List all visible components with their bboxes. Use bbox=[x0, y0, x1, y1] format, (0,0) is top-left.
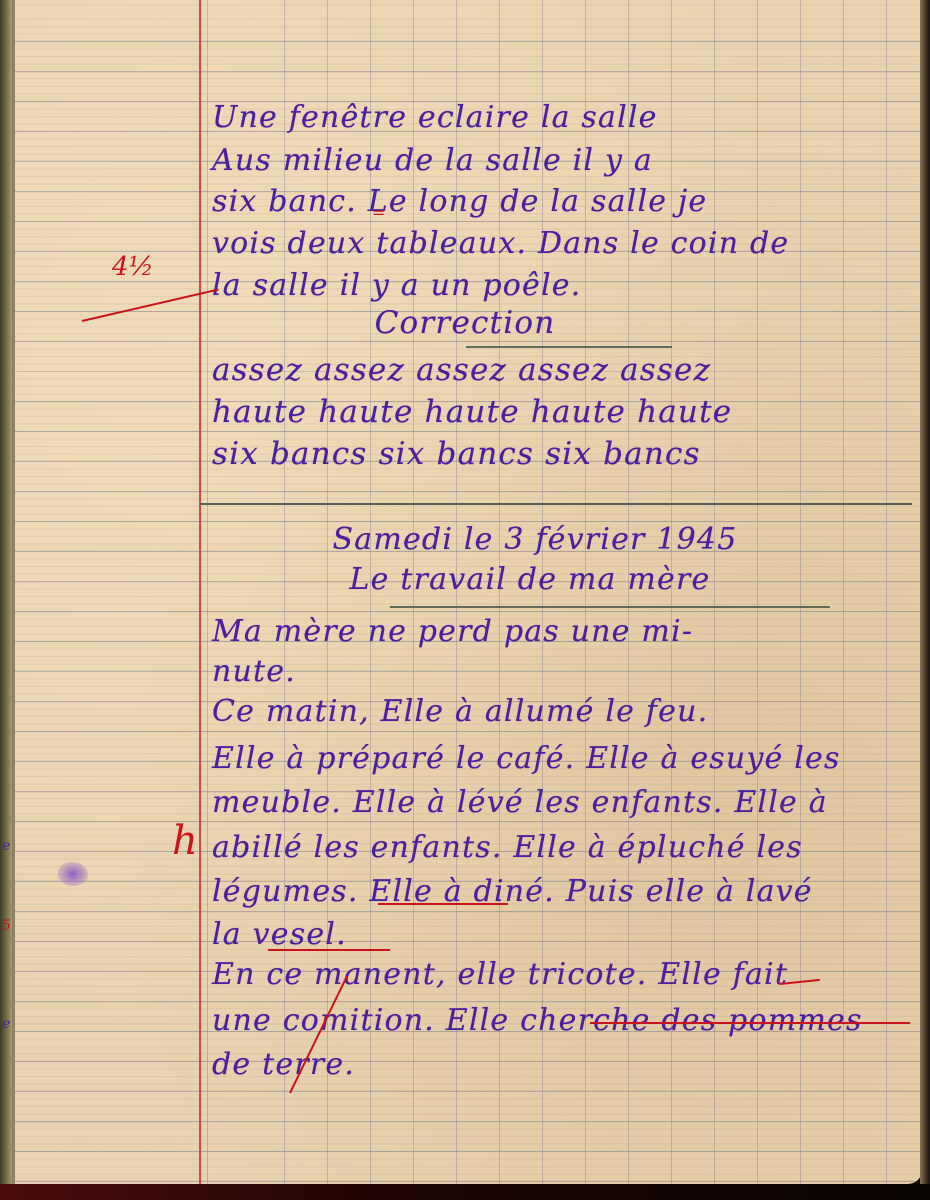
notebook-page: Une fenêtre eclaire la salle Aus milieu … bbox=[0, 0, 922, 1184]
text-line: Aus milieu de la salle il y a bbox=[212, 143, 653, 178]
margin-correction-h: h bbox=[172, 818, 198, 864]
text-line: nute. bbox=[212, 654, 296, 689]
underline-correction bbox=[268, 949, 390, 951]
text-line: Elle à préparé le café. Elle à esuyé les bbox=[212, 741, 841, 776]
grade-mark: 4½ bbox=[112, 252, 154, 282]
text-line: une comition. Elle cherche des pommes bbox=[212, 1003, 863, 1038]
correction-line: haute haute haute haute haute bbox=[212, 394, 732, 430]
text-line: la salle il y a un poêle. bbox=[212, 268, 582, 303]
text-line: de terre. bbox=[212, 1047, 355, 1082]
strikethrough-correction bbox=[590, 1022, 910, 1024]
text-line: Ce matin, Elle à allumé le feu. bbox=[212, 694, 708, 729]
text-line: abillé les enfants. Elle à épluché les bbox=[212, 830, 803, 865]
scan-bottom-border bbox=[0, 1184, 930, 1200]
edge-mark: 5 bbox=[2, 918, 11, 934]
correction-line: assez assez assez assez assez bbox=[212, 352, 711, 388]
edge-mark: e bbox=[2, 838, 10, 854]
edge-mark: e bbox=[2, 1016, 10, 1032]
notebook-binding-edge bbox=[12, 0, 15, 1184]
essay-title: Le travail de ma mère bbox=[65, 562, 922, 597]
text-line: six banc. Le long de la salle je bbox=[212, 184, 707, 219]
correction-title: Correction bbox=[0, 305, 922, 341]
text-line: meuble. Elle à lévé les enfants. Elle à bbox=[212, 785, 828, 820]
text-line: En ce manent, elle tricote. Elle fait bbox=[212, 957, 788, 992]
text-line: légumes. Elle à diné. Puis elle à lavé bbox=[212, 874, 813, 909]
date-heading: Samedi le 3 février 1945 bbox=[70, 522, 922, 557]
correction-underline bbox=[466, 346, 672, 348]
correction-mark-equals: = bbox=[372, 203, 385, 222]
text-line: Une fenêtre eclaire la salle bbox=[212, 100, 658, 135]
text-line: vois deux tableaux. Dans le coin de bbox=[212, 226, 789, 261]
title-underline bbox=[390, 606, 830, 608]
page-right-edge bbox=[920, 0, 930, 1200]
text-line: Ma mère ne perd pas une mi- bbox=[212, 614, 693, 649]
ink-blot bbox=[58, 862, 88, 886]
correction-line: six bancs six bancs six bancs bbox=[212, 436, 701, 472]
section-separator bbox=[200, 503, 912, 505]
text-line: la vesel. bbox=[212, 917, 347, 952]
underline-correction bbox=[378, 903, 508, 905]
notebook-binding bbox=[0, 0, 12, 1184]
